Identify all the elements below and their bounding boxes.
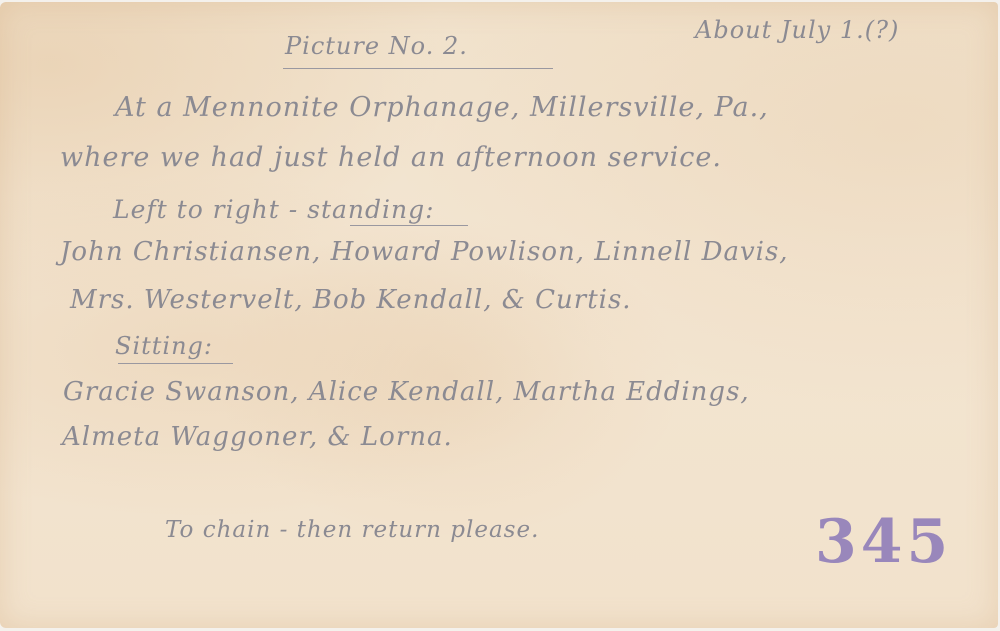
sitting-names-line-1: Gracie Swanson, Alice Kendall, Martha Ed… xyxy=(63,377,750,407)
date-note: About July 1.(?) xyxy=(695,16,899,44)
description-line-2: where we had just held an afternoon serv… xyxy=(60,142,722,173)
standing-names-line-1: John Christiansen, Howard Powlison, Linn… xyxy=(60,237,789,267)
sitting-underline xyxy=(118,363,233,364)
standing-names-line-2: Mrs. Westervelt, Bob Kendall, & Curtis. xyxy=(70,285,632,315)
description-line-1: At a Mennonite Orphanage, Millersville, … xyxy=(115,92,769,123)
standing-label: Left to right - standing: xyxy=(113,195,435,224)
footer-note: To chain - then return please. xyxy=(165,517,539,543)
sitting-label: Sitting: xyxy=(115,332,213,360)
sitting-names-line-2: Almeta Waggoner, & Lorna. xyxy=(62,422,453,452)
photo-card-back: Picture No. 2. About July 1.(?) At a Men… xyxy=(0,2,998,628)
card-title: Picture No. 2. xyxy=(285,32,468,60)
standing-underline xyxy=(350,225,468,226)
title-underline xyxy=(283,68,553,69)
stamp-number: 345 xyxy=(815,507,952,577)
